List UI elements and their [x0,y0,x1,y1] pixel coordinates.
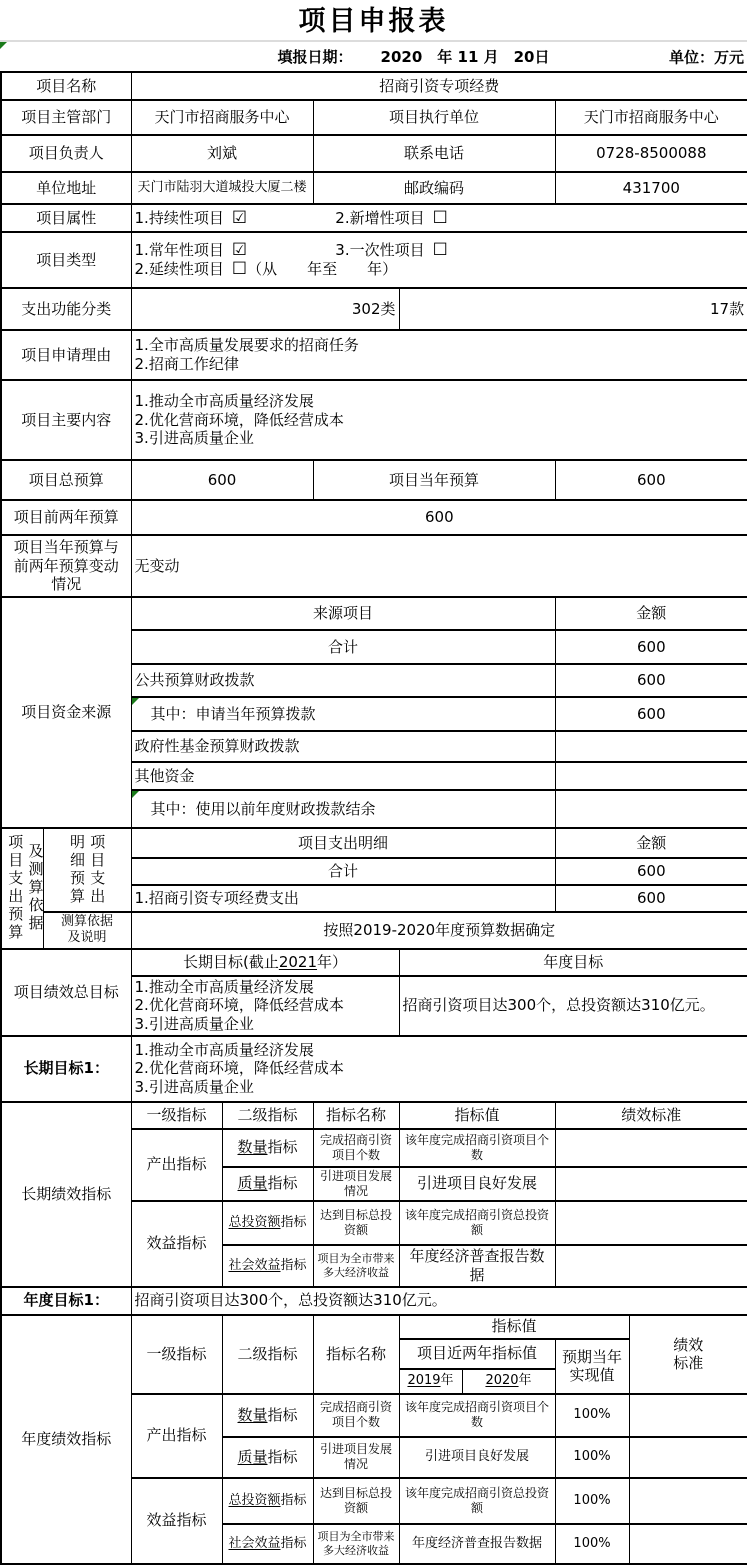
value-supervising-dept[interactable]: 天门市招商服务中心 [131,100,313,135]
longterm-goal1-line: 1.推动全市高质量经济发展 [135,1041,745,1060]
an-indicator-name: 项目为全市带来多大经济收益 [313,1524,399,1564]
label-application-reason: 项目申请理由 [1,330,131,380]
an-expected-value[interactable]: 100% [555,1524,629,1564]
value-project-type[interactable]: 1.常年性项目☑ 3.一次性项目☐ 2.延续性项目☐（从 年至 年） [131,232,747,288]
value-contact-phone[interactable]: 0728-8500088 [555,135,747,172]
label-expenditure-detail-budget: 明细预算 项目支出 [43,828,131,912]
an-header-standard: 绩效 标准 [629,1315,747,1394]
attr-option-new: 2.新增性项目 [335,209,424,227]
an-level1-output: 产出指标 [131,1394,222,1478]
label-overall-performance-goal: 项目绩效总目标 [1,949,131,1036]
value-project-name[interactable]: 招商引资专项经费 [131,72,747,100]
label-budget-change: 项目当年预算与 前两年预算变动 情况 [1,535,131,597]
longterm-goal1-line: 2.优化营商环境，降低经营成本 [135,1059,745,1078]
label-calculation-basis: 测算依据 及说明 [43,912,131,949]
an-indicator-value[interactable]: 该年度完成招商引资项目个数 [399,1394,555,1437]
lt-header-level2: 二级指标 [222,1102,313,1129]
lt-indicator-value[interactable]: 年度经济普查报告数据 [399,1245,555,1287]
label-annual-goal-1: 年度目标1： [1,1287,131,1315]
an-indicator-value[interactable]: 年度经济普查报告数据 [399,1524,555,1564]
an-indicator-standard[interactable] [629,1394,747,1437]
header-expenditure-detail: 项目支出明细 [131,828,555,858]
an-indicator-standard[interactable] [629,1437,747,1478]
header-source-amount: 金额 [555,597,747,630]
value-longterm-goal-1[interactable]: 1.推动全市高质量经济发展 2.优化营商环境，降低经营成本 3.引进高质量企业 [131,1036,747,1102]
label-funding-source-section: 项目资金来源 [1,597,131,828]
an-header-level1: 一级指标 [131,1315,222,1394]
an-header-year-2020: 2020年 [462,1369,555,1394]
value-annual-goal-1[interactable]: 招商引资项目达300个，总投资额达310亿元。 [131,1287,747,1315]
header-source-item: 来源项目 [131,597,555,630]
attr-option-continuing: 1.持续性项目 [135,209,224,227]
lt-indicator-value[interactable]: 引进项目良好发展 [399,1167,555,1201]
an-indicator-name: 引进项目发展情况 [313,1437,399,1478]
lt-indicator-name: 完成招商引资项目个数 [313,1129,399,1167]
lt-level2-quality: 质量指标 [222,1167,313,1201]
label-expense-function-class: 支出功能分类 [1,288,131,330]
value-executing-unit[interactable]: 天门市招商服务中心 [555,100,747,135]
lt-level2-quantity: 数量指标 [222,1129,313,1167]
type-option-onetime: 3.一次性项目 [335,241,424,259]
header-longterm-goal: 长期目标(截止2021年） [131,949,399,976]
lt-indicator-standard[interactable] [555,1129,747,1167]
an-indicator-value[interactable]: 引进项目良好发展 [399,1437,555,1478]
content-line: 1.推动全市高质量经济发展 [135,392,745,411]
funding-row-total-amount[interactable]: 600 [555,630,747,664]
value-annual-goal[interactable]: 招商引资项目达300个，总投资额达310亿元。 [399,976,747,1036]
label-unit-address: 单位地址 [1,172,131,204]
an-indicator-standard[interactable] [629,1478,747,1524]
lt-indicator-value[interactable]: 该年度完成招商引资项目个数 [399,1129,555,1167]
value-function-item[interactable]: 17款 [399,288,747,330]
label-longterm-indicators-section: 长期绩效指标 [1,1102,131,1287]
lt-level2-social-benefit: 社会效益指标 [222,1245,313,1287]
funding-row-total-name: 合计 [131,630,555,664]
reason-line: 1.全市高质量发展要求的招商任务 [135,336,745,355]
checkbox-continuation-unchecked-icon[interactable]: ☐ [232,259,247,279]
checkbox-onetime-unchecked-icon[interactable]: ☐ [433,240,448,260]
funding-row-current-appropriation-amount[interactable]: 600 [555,697,747,731]
value-unit-address[interactable]: 天门市陆羽大道城投大厦二楼 [131,172,313,204]
an-header-year-2019: 2019年 [399,1369,462,1394]
lt-header-standard: 绩效标准 [555,1102,747,1129]
funding-row-prior-year-balance-amount[interactable] [555,790,747,828]
an-level2-social-benefit: 社会效益指标 [222,1524,313,1564]
cell-corner-marker-icon [0,42,7,49]
expenditure-row-total-name: 合计 [131,858,555,885]
an-indicator-value[interactable]: 该年度完成招商引资总投资额 [399,1478,555,1524]
unit-label: 单位：万元 [669,46,744,67]
an-expected-value[interactable]: 100% [555,1437,629,1478]
funding-row-prior-year-balance-name: 其中：使用以前年度财政拨款结余 [131,790,555,828]
lt-indicator-value[interactable]: 该年度完成招商引资总投资额 [399,1201,555,1245]
an-level2-investment: 总投资额指标 [222,1478,313,1524]
project-application-form: 项目申报表 填报日期：2020 年 11 月 20日 单位：万元 项目名称 招商… [0,0,747,1565]
meta-row: 填报日期：2020 年 11 月 20日 单位：万元 [0,40,747,71]
funding-row-public-budget-amount[interactable]: 600 [555,664,747,697]
an-header-value: 指标值 [399,1315,629,1339]
lt-header-value: 指标值 [399,1102,555,1129]
label-project-leader: 项目负责人 [1,135,131,172]
expenditure-row-special-fund-amount[interactable]: 600 [555,885,747,912]
value-function-class[interactable]: 302类 [131,288,399,330]
label-total-budget: 项目总预算 [1,460,131,500]
funding-row-other-funds-amount[interactable] [555,762,747,790]
content-line: 2.优化营商环境，降低经营成本 [135,411,745,430]
label-current-year-budget: 项目当年预算 [313,460,555,500]
fill-date-value[interactable]: 2020 年 11 月 20日 [381,48,550,66]
an-header-expected-current: 预期当年 实现值 [555,1339,629,1394]
cell-corner-marker-icon [132,791,139,798]
label-project-type: 项目类型 [1,232,131,288]
lt-indicator-standard[interactable] [555,1201,747,1245]
value-prev-two-years-budget[interactable]: 600 [131,500,747,535]
type-continuation-years: （从 年至 年） [247,260,397,278]
funding-row-current-appropriation-name: 其中：申请当年预算拨款 [131,697,555,731]
lt-indicator-name: 引进项目发展情况 [313,1167,399,1201]
funding-row-other-funds-name: 其他资金 [131,762,555,790]
value-current-year-budget[interactable]: 600 [555,460,747,500]
an-header-recent-two-years: 项目近两年指标值 [399,1339,555,1369]
content-line: 3.引进高质量企业 [135,429,745,448]
an-indicator-name: 达到目标总投资额 [313,1478,399,1524]
reason-line: 2.招商工作纪律 [135,355,745,374]
label-expenditure-budget-section: 项目支出预算 及测算依据 [1,828,43,949]
value-calculation-basis[interactable]: 按照2019-2020年度预算数据确定 [131,912,747,949]
lt-header-name: 指标名称 [313,1102,399,1129]
label-executing-unit: 项目执行单位 [313,100,555,135]
header-expenditure-amount: 金额 [555,828,747,858]
lt-header-level1: 一级指标 [131,1102,222,1129]
lt-indicator-standard[interactable] [555,1167,747,1201]
type-option-annual: 1.常年性项目 [135,241,224,259]
label-supervising-dept: 项目主管部门 [1,100,131,135]
an-header-level2: 二级指标 [222,1315,313,1394]
application-form-table: 项目名称 招商引资专项经费 项目主管部门 天门市招商服务中心 项目执行单位 天门… [0,71,747,1565]
lt-indicator-name: 达到目标总投资额 [313,1201,399,1245]
type-option-continuation: 2.延续性项目 [135,260,224,278]
label-postal-code: 邮政编码 [313,172,555,204]
lt-indicator-name: 项目为全市带来多大经济收益 [313,1245,399,1287]
an-indicator-name: 完成招商引资项目个数 [313,1394,399,1437]
checkbox-annual-checked-icon[interactable]: ☑ [232,240,247,260]
an-level2-quantity: 数量指标 [222,1394,313,1437]
funding-row-public-budget-name: 公共预算财政拨款 [131,664,555,697]
an-expected-value[interactable]: 100% [555,1478,629,1524]
an-indicator-standard[interactable] [629,1524,747,1564]
value-project-leader[interactable]: 刘斌 [131,135,313,172]
value-application-reason[interactable]: 1.全市高质量发展要求的招商任务 2.招商工作纪律 [131,330,747,380]
value-main-content[interactable]: 1.推动全市高质量经济发展 2.优化营商环境，降低经营成本 3.引进高质量企业 [131,380,747,460]
lt-level1-output: 产出指标 [131,1129,222,1201]
page-title: 项目申报表 [0,0,747,40]
checkbox-continuing-checked-icon[interactable]: ☑ [232,208,247,228]
value-longterm-goal[interactable]: 1.推动全市高质量经济发展 2.优化营商环境，降低经营成本 3.引进高质量企业 [131,976,399,1036]
an-header-name: 指标名称 [313,1315,399,1394]
value-postal-code[interactable]: 431700 [555,172,747,204]
checkbox-new-unchecked-icon[interactable]: ☐ [433,208,448,228]
longterm-goal-line: 2.优化营商环境，降低经营成本 [135,996,396,1015]
funding-row-gov-fund-amount[interactable] [555,731,747,762]
lt-level2-investment: 总投资额指标 [222,1201,313,1245]
fill-date-label: 填报日期： [278,48,353,66]
expenditure-row-special-fund-name: 1.招商引资专项经费支出 [131,885,555,912]
funding-row-gov-fund-name: 政府性基金预算财政拨款 [131,731,555,762]
label-annual-indicators-section: 年度绩效指标 [1,1315,131,1564]
longterm-goal-line: 3.引进高质量企业 [135,1015,396,1034]
label-longterm-goal-1: 长期目标1： [1,1036,131,1102]
an-level2-quality: 质量指标 [222,1437,313,1478]
header-annual-goal: 年度目标 [399,949,747,976]
label-main-content: 项目主要内容 [1,380,131,460]
lt-indicator-standard[interactable] [555,1245,747,1287]
label-project-attribute: 项目属性 [1,204,131,232]
an-expected-value[interactable]: 100% [555,1394,629,1437]
value-total-budget[interactable]: 600 [131,460,313,500]
label-project-name: 项目名称 [1,72,131,100]
lt-level1-benefit: 效益指标 [131,1201,222,1287]
value-budget-change[interactable]: 无变动 [131,535,747,597]
longterm-goal1-line: 3.引进高质量企业 [135,1078,745,1097]
longterm-goal-line: 1.推动全市高质量经济发展 [135,978,396,997]
value-project-attribute[interactable]: 1.持续性项目☑ 2.新增性项目☐ [131,204,747,232]
cell-corner-marker-icon [132,698,139,705]
label-prev-two-years-budget: 项目前两年预算 [1,500,131,535]
label-contact-phone: 联系电话 [313,135,555,172]
an-level1-benefit: 效益指标 [131,1478,222,1564]
expenditure-row-total-amount[interactable]: 600 [555,858,747,885]
